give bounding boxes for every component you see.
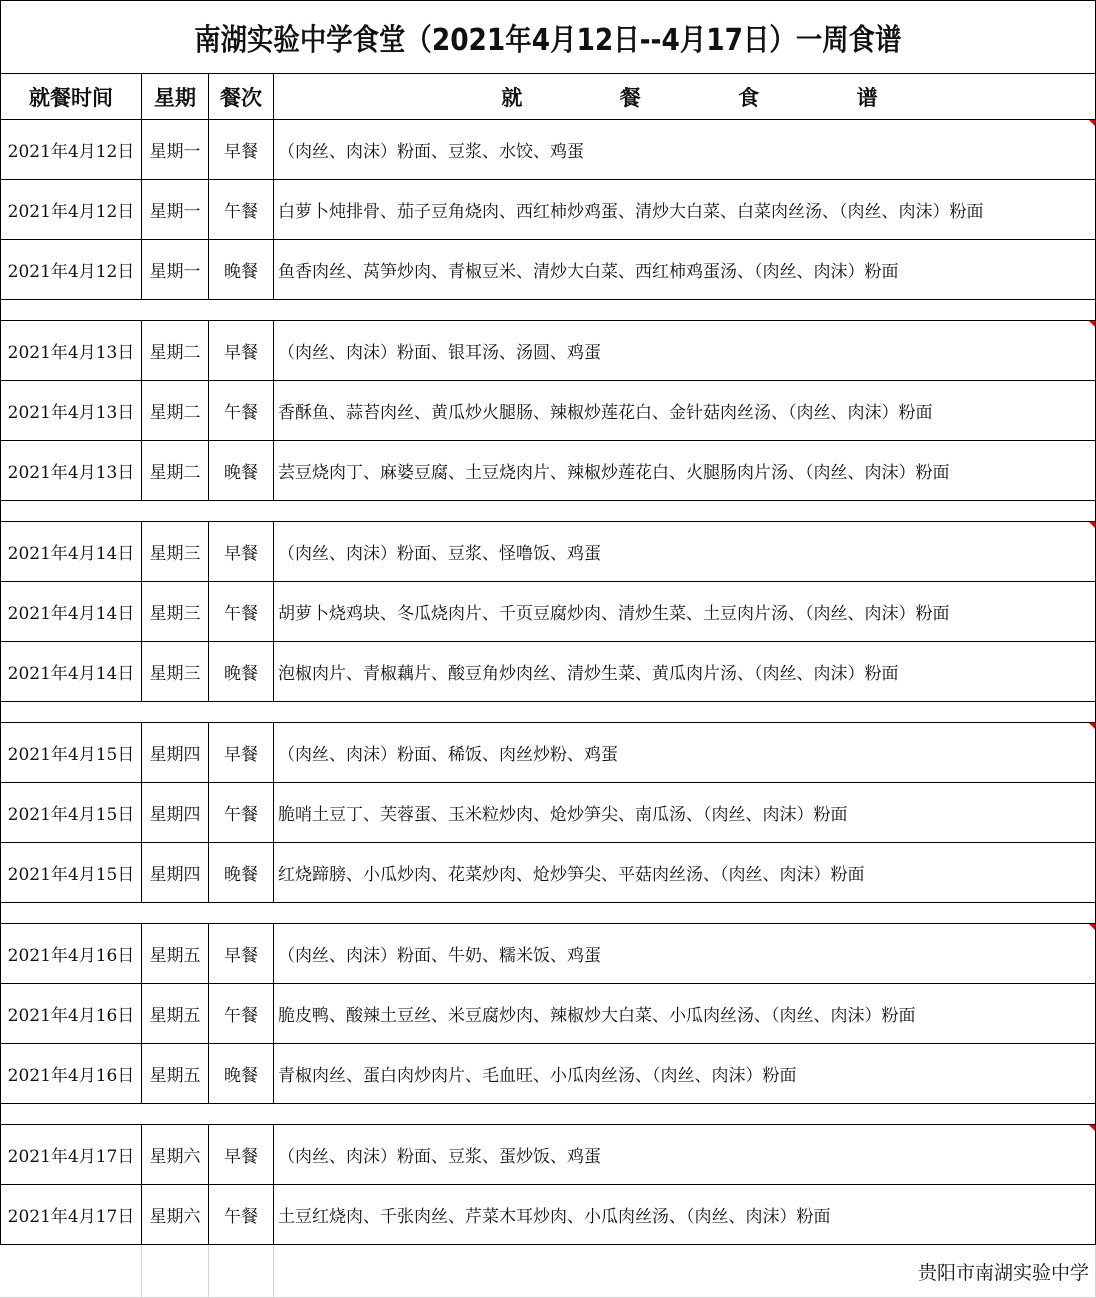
menu-text: 脆皮鸭、酸辣土豆丝、米豆腐炒肉、辣椒炒大白菜、小瓜肉丝汤、（肉丝、肉沫）粉面 [278, 1001, 916, 1026]
meal-cell[interactable]: 早餐 [209, 120, 274, 179]
header-menu-char: 就 [501, 82, 522, 112]
menu-text: 胡萝卜烧鸡块、冬瓜烧肉片、千页豆腐炒肉、清炒生菜、土豆肉片汤、（肉丝、肉沫）粉面 [278, 599, 950, 624]
comment-indicator-icon[interactable] [1089, 522, 1095, 528]
weekday-cell[interactable]: 星期五 [142, 1044, 209, 1103]
date-cell[interactable]: 2021年4月16日 [1, 924, 142, 983]
footer-cell[interactable] [209, 1245, 274, 1298]
meal-cell[interactable]: 午餐 [209, 180, 274, 239]
table-row: 2021年4月16日星期五晚餐青椒肉丝、蛋白肉炒肉片、毛血旺、小瓜肉丝汤、（肉丝… [0, 1043, 1096, 1103]
menu-cell[interactable]: 脆哨土豆丁、芙蓉蛋、玉米粒炒肉、炝炒笋尖、南瓜汤、（肉丝、肉沫）粉面 [274, 783, 1095, 842]
meal-cell[interactable]: 早餐 [209, 321, 274, 380]
header-menu-label: 就 餐 食 谱 [274, 82, 1095, 112]
comment-indicator-icon[interactable] [1089, 321, 1095, 327]
date-cell[interactable]: 2021年4月15日 [1, 723, 142, 782]
menu-cell[interactable]: （肉丝、肉沫）粉面、豆浆、怪噜饭、鸡蛋 [274, 522, 1095, 581]
menu-text: （肉丝、肉沫）粉面、豆浆、怪噜饭、鸡蛋 [278, 539, 601, 564]
menu-text: 脆哨土豆丁、芙蓉蛋、玉米粒炒肉、炝炒笋尖、南瓜汤、（肉丝、肉沫）粉面 [278, 800, 848, 825]
table-row: 2021年4月13日星期二晚餐芸豆烧肉丁、麻婆豆腐、土豆烧肉片、辣椒炒莲花白、火… [0, 440, 1096, 500]
footer-row: 贵阳市南湖实验中学 [0, 1244, 1096, 1298]
weekday-cell[interactable]: 星期一 [142, 180, 209, 239]
weekday-cell[interactable]: 星期五 [142, 924, 209, 983]
menu-cell[interactable]: （肉丝、肉沫）粉面、豆浆、蛋炒饭、鸡蛋 [274, 1125, 1095, 1184]
table-row: 2021年4月14日星期三晚餐泡椒肉片、青椒藕片、酸豆角炒肉丝、清炒生菜、黄瓜肉… [0, 641, 1096, 701]
meal-cell[interactable]: 早餐 [209, 723, 274, 782]
menu-cell[interactable]: 芸豆烧肉丁、麻婆豆腐、土豆烧肉片、辣椒炒莲花白、火腿肠肉片汤、（肉丝、肉沫）粉面 [274, 441, 1095, 500]
menu-cell[interactable]: 红烧蹄膀、小瓜炒肉、花菜炒肉、炝炒笋尖、平菇肉丝汤、（肉丝、肉沫）粉面 [274, 843, 1095, 902]
menu-cell[interactable]: （肉丝、肉沫）粉面、豆浆、水饺、鸡蛋 [274, 120, 1095, 179]
menu-text: （肉丝、肉沫）粉面、豆浆、水饺、鸡蛋 [278, 137, 584, 162]
date-cell[interactable]: 2021年4月13日 [1, 441, 142, 500]
header-menu-char: 谱 [857, 82, 878, 112]
footer-school-name[interactable]: 贵阳市南湖实验中学 [274, 1245, 1096, 1298]
weekday-cell[interactable]: 星期三 [142, 522, 209, 581]
weekday-cell[interactable]: 星期三 [142, 642, 209, 701]
date-cell[interactable]: 2021年4月13日 [1, 321, 142, 380]
date-cell[interactable]: 2021年4月14日 [1, 522, 142, 581]
date-cell[interactable]: 2021年4月12日 [1, 240, 142, 299]
table-row: 2021年4月17日星期六早餐（肉丝、肉沫）粉面、豆浆、蛋炒饭、鸡蛋 [0, 1124, 1096, 1184]
menu-text: 白萝卜炖排骨、茄子豆角烧肉、西红柿炒鸡蛋、清炒大白菜、白菜肉丝汤、（肉丝、肉沫）… [278, 197, 984, 222]
separator-row[interactable] [0, 902, 1096, 923]
comment-indicator-icon[interactable] [1089, 120, 1095, 126]
weekday-cell[interactable]: 星期四 [142, 723, 209, 782]
table-row: 2021年4月14日星期三早餐（肉丝、肉沫）粉面、豆浆、怪噜饭、鸡蛋 [0, 521, 1096, 581]
meal-cell[interactable]: 早餐 [209, 1125, 274, 1184]
menu-text: （肉丝、肉沫）粉面、牛奶、糯米饭、鸡蛋 [278, 941, 601, 966]
menu-text: 泡椒肉片、青椒藕片、酸豆角炒肉丝、清炒生菜、黄瓜肉片汤、（肉丝、肉沫）粉面 [278, 659, 899, 684]
menu-text: 红烧蹄膀、小瓜炒肉、花菜炒肉、炝炒笋尖、平菇肉丝汤、（肉丝、肉沫）粉面 [278, 860, 865, 885]
menu-cell[interactable]: 白萝卜炖排骨、茄子豆角烧肉、西红柿炒鸡蛋、清炒大白菜、白菜肉丝汤、（肉丝、肉沫）… [274, 180, 1095, 239]
header-menu-char: 食 [738, 82, 759, 112]
weekday-cell[interactable]: 星期五 [142, 984, 209, 1043]
menu-text: 芸豆烧肉丁、麻婆豆腐、土豆烧肉片、辣椒炒莲花白、火腿肠肉片汤、（肉丝、肉沫）粉面 [278, 458, 950, 483]
menu-text: （肉丝、肉沫）粉面、银耳汤、汤圆、鸡蛋 [278, 338, 601, 363]
table-row: 2021年4月13日星期二早餐（肉丝、肉沫）粉面、银耳汤、汤圆、鸡蛋 [0, 320, 1096, 380]
date-cell[interactable]: 2021年4月15日 [1, 783, 142, 842]
menu-text: 土豆红烧肉、千张肉丝、芹菜木耳炒肉、小瓜肉丝汤、（肉丝、肉沫）粉面 [278, 1202, 831, 1227]
date-cell[interactable]: 2021年4月14日 [1, 642, 142, 701]
date-cell[interactable]: 2021年4月12日 [1, 180, 142, 239]
meal-cell[interactable]: 午餐 [209, 783, 274, 842]
table-row: 2021年4月12日星期一晚餐鱼香肉丝、莴笋炒肉、青椒豆米、清炒大白菜、西红柿鸡… [0, 239, 1096, 299]
weekday-cell[interactable]: 星期三 [142, 582, 209, 641]
menu-cell[interactable]: 泡椒肉片、青椒藕片、酸豆角炒肉丝、清炒生菜、黄瓜肉片汤、（肉丝、肉沫）粉面 [274, 642, 1095, 701]
table-row: 2021年4月13日星期二午餐香酥鱼、蒜苔肉丝、黄瓜炒火腿肠、辣椒炒莲花白、金针… [0, 380, 1096, 440]
date-cell[interactable]: 2021年4月16日 [1, 1044, 142, 1103]
date-cell[interactable]: 2021年4月14日 [1, 582, 142, 641]
header-menu-char: 餐 [620, 82, 641, 112]
sheet-title-text: 南湖实验中学食堂（2021年4月12日--4月17日）一周食谱 [194, 15, 901, 59]
date-cell[interactable]: 2021年4月12日 [1, 120, 142, 179]
menu-cell[interactable]: （肉丝、肉沫）粉面、银耳汤、汤圆、鸡蛋 [274, 321, 1095, 380]
separator-row[interactable] [0, 299, 1096, 320]
table-row: 2021年4月16日星期五午餐脆皮鸭、酸辣土豆丝、米豆腐炒肉、辣椒炒大白菜、小瓜… [0, 983, 1096, 1043]
header-menu[interactable]: 就 餐 食 谱 [274, 74, 1095, 119]
table-header-row: 就餐时间 星期 餐次 就 餐 食 谱 [0, 73, 1096, 119]
menu-cell[interactable]: 脆皮鸭、酸辣土豆丝、米豆腐炒肉、辣椒炒大白菜、小瓜肉丝汤、（肉丝、肉沫）粉面 [274, 984, 1095, 1043]
meal-cell[interactable]: 晚餐 [209, 441, 274, 500]
weekday-cell[interactable]: 星期六 [142, 1125, 209, 1184]
comment-indicator-icon[interactable] [1089, 723, 1095, 729]
menu-cell[interactable]: 青椒肉丝、蛋白肉炒肉片、毛血旺、小瓜肉丝汤、（肉丝、肉沫）粉面 [274, 1044, 1095, 1103]
menu-cell[interactable]: 土豆红烧肉、千张肉丝、芹菜木耳炒肉、小瓜肉丝汤、（肉丝、肉沫）粉面 [274, 1185, 1095, 1244]
weekday-cell[interactable]: 星期一 [142, 120, 209, 179]
table-row: 2021年4月15日星期四早餐（肉丝、肉沫）粉面、稀饭、肉丝炒粉、鸡蛋 [0, 722, 1096, 782]
meal-cell[interactable]: 晚餐 [209, 240, 274, 299]
date-cell[interactable]: 2021年4月17日 [1, 1125, 142, 1184]
date-cell[interactable]: 2021年4月16日 [1, 984, 142, 1043]
weekday-cell[interactable]: 星期一 [142, 240, 209, 299]
weekday-cell[interactable]: 星期二 [142, 321, 209, 380]
weekday-cell[interactable]: 星期二 [142, 381, 209, 440]
menu-text: 青椒肉丝、蛋白肉炒肉片、毛血旺、小瓜肉丝汤、（肉丝、肉沫）粉面 [278, 1061, 797, 1086]
table-row: 2021年4月15日星期四晚餐红烧蹄膀、小瓜炒肉、花菜炒肉、炝炒笋尖、平菇肉丝汤… [0, 842, 1096, 902]
comment-indicator-icon[interactable] [1089, 924, 1095, 930]
menu-text: （肉丝、肉沫）粉面、稀饭、肉丝炒粉、鸡蛋 [278, 740, 618, 765]
weekday-cell[interactable]: 星期四 [142, 843, 209, 902]
weekday-cell[interactable]: 星期四 [142, 783, 209, 842]
meal-cell[interactable]: 午餐 [209, 381, 274, 440]
table-row: 2021年4月16日星期五早餐（肉丝、肉沫）粉面、牛奶、糯米饭、鸡蛋 [0, 923, 1096, 983]
menu-cell[interactable]: （肉丝、肉沫）粉面、牛奶、糯米饭、鸡蛋 [274, 924, 1095, 983]
footer-cell[interactable] [142, 1245, 209, 1298]
meal-cell[interactable]: 午餐 [209, 1185, 274, 1244]
date-cell[interactable]: 2021年4月15日 [1, 843, 142, 902]
weekday-cell[interactable]: 星期六 [142, 1185, 209, 1244]
weekday-cell[interactable]: 星期二 [142, 441, 209, 500]
date-cell[interactable]: 2021年4月17日 [1, 1185, 142, 1244]
footer-cell[interactable] [0, 1245, 142, 1298]
meal-cell[interactable]: 午餐 [209, 582, 274, 641]
header-meal[interactable]: 餐次 [209, 74, 274, 119]
menu-text: （肉丝、肉沫）粉面、豆浆、蛋炒饭、鸡蛋 [278, 1142, 601, 1167]
separator-row[interactable] [0, 701, 1096, 722]
table-row: 2021年4月12日星期一早餐（肉丝、肉沫）粉面、豆浆、水饺、鸡蛋 [0, 119, 1096, 179]
menu-cell[interactable]: 香酥鱼、蒜苔肉丝、黄瓜炒火腿肠、辣椒炒莲花白、金针菇肉丝汤、（肉丝、肉沫）粉面 [274, 381, 1095, 440]
header-date[interactable]: 就餐时间 [1, 74, 142, 119]
menu-cell[interactable]: 胡萝卜烧鸡块、冬瓜烧肉片、千页豆腐炒肉、清炒生菜、土豆肉片汤、（肉丝、肉沫）粉面 [274, 582, 1095, 641]
meal-cell[interactable]: 早餐 [209, 522, 274, 581]
table-row: 2021年4月12日星期一午餐白萝卜炖排骨、茄子豆角烧肉、西红柿炒鸡蛋、清炒大白… [0, 179, 1096, 239]
meal-cell[interactable]: 早餐 [209, 924, 274, 983]
menu-cell[interactable]: （肉丝、肉沫）粉面、稀饭、肉丝炒粉、鸡蛋 [274, 723, 1095, 782]
menu-cell[interactable]: 鱼香肉丝、莴笋炒肉、青椒豆米、清炒大白菜、西红柿鸡蛋汤、（肉丝、肉沫）粉面 [274, 240, 1095, 299]
separator-row[interactable] [0, 1103, 1096, 1124]
meal-cell[interactable]: 午餐 [209, 984, 274, 1043]
header-weekday[interactable]: 星期 [142, 74, 209, 119]
comment-indicator-icon[interactable] [1089, 1125, 1095, 1131]
sheet-title: 南湖实验中学食堂（2021年4月12日--4月17日）一周食谱 [0, 0, 1096, 73]
menu-sheet: 南湖实验中学食堂（2021年4月12日--4月17日）一周食谱 就餐时间 星期 … [0, 0, 1096, 1298]
meal-cell[interactable]: 晚餐 [209, 1044, 274, 1103]
separator-row[interactable] [0, 500, 1096, 521]
meal-cell[interactable]: 晚餐 [209, 642, 274, 701]
meal-cell[interactable]: 晚餐 [209, 843, 274, 902]
menu-text: 香酥鱼、蒜苔肉丝、黄瓜炒火腿肠、辣椒炒莲花白、金针菇肉丝汤、（肉丝、肉沫）粉面 [278, 398, 933, 423]
menu-text: 鱼香肉丝、莴笋炒肉、青椒豆米、清炒大白菜、西红柿鸡蛋汤、（肉丝、肉沫）粉面 [278, 257, 899, 282]
table-row: 2021年4月17日星期六午餐土豆红烧肉、千张肉丝、芹菜木耳炒肉、小瓜肉丝汤、（… [0, 1184, 1096, 1244]
table-row: 2021年4月14日星期三午餐胡萝卜烧鸡块、冬瓜烧肉片、千页豆腐炒肉、清炒生菜、… [0, 581, 1096, 641]
date-cell[interactable]: 2021年4月13日 [1, 381, 142, 440]
table-row: 2021年4月15日星期四午餐脆哨土豆丁、芙蓉蛋、玉米粒炒肉、炝炒笋尖、南瓜汤、… [0, 782, 1096, 842]
